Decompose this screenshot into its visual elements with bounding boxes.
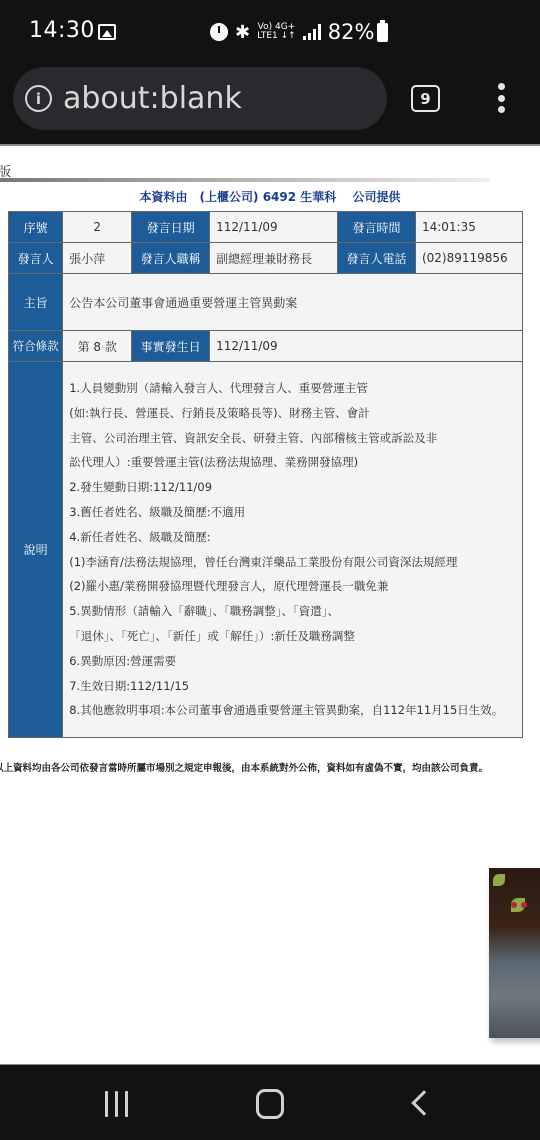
speaker-value: 張小萍 bbox=[63, 243, 132, 274]
speaker-phone-label: 發言人電話 bbox=[338, 243, 416, 274]
tab-switcher-button[interactable]: 9 bbox=[411, 85, 440, 112]
status-time: 14:30 bbox=[29, 18, 95, 43]
description-line: 8.其他應敘明事項:本公司董事會通過重要營運主管異動案，自112年11月15日生… bbox=[69, 698, 516, 723]
description-line: 1.人員變動別（請輸入發言人、代理發言人、重要營運主管 bbox=[69, 376, 516, 401]
announcement-table: 序號 2 發言日期 112/11/09 發言時間 14:01:35 發言人 張小… bbox=[8, 211, 523, 738]
table-row: 序號 2 發言日期 112/11/09 發言時間 14:01:35 bbox=[9, 212, 523, 243]
description-line: 6.異動原因:營運需要 bbox=[69, 649, 516, 674]
subject-label: 主旨 bbox=[9, 274, 63, 331]
description-value: 1.人員變動別（請輸入發言人、代理發言人、重要營運主管 (如:執行長、營運長、行… bbox=[63, 362, 523, 738]
time-value: 14:01:35 bbox=[415, 212, 522, 243]
clause-label: 符合條款 bbox=[9, 331, 63, 362]
battery-percent: 82% bbox=[328, 20, 375, 44]
site-info-icon[interactable]: i bbox=[25, 85, 52, 112]
disclaimer-text: 以上資料均由各公司依發言當時所屬市場別之規定申報後，由本系統對外公佈，資料如有虛… bbox=[0, 760, 540, 774]
browser-toolbar: i about:blank 9 bbox=[0, 66, 540, 144]
description-line: 7.生效日期:112/11/15 bbox=[69, 674, 516, 699]
clause-value: 第 8 款 bbox=[63, 331, 132, 362]
description-line: (1)李涵育/法務法規協理，曾任台灣東洋藥品工業股份有限公司資深法規經理 bbox=[69, 550, 516, 575]
seq-label: 序號 bbox=[9, 212, 63, 243]
berry-decoration bbox=[521, 902, 527, 908]
date-label: 發言日期 bbox=[132, 212, 210, 243]
description-label: 說明 bbox=[9, 362, 63, 738]
gallery-notification-icon bbox=[98, 24, 116, 40]
header-divider bbox=[0, 178, 490, 182]
recent-apps-icon[interactable] bbox=[105, 1091, 128, 1117]
leaf-decoration bbox=[493, 874, 505, 886]
description-line: 4.新任者姓名、級職及簡歷: bbox=[69, 525, 516, 550]
network-type-icon: Vo) 4G+ LTE1 ↓↑ bbox=[257, 23, 296, 41]
status-indicators: ✱ Vo) 4G+ LTE1 ↓↑ 82% bbox=[210, 18, 388, 46]
description-line: (2)羅小惠/業務開發協理暨代理發言人，原代理營運長一職免兼 bbox=[69, 574, 516, 599]
status-bar: 14:30 ✱ Vo) 4G+ LTE1 ↓↑ 82% bbox=[0, 0, 540, 66]
description-line: 3.舊任者姓名、級職及簡歷:不適用 bbox=[69, 500, 516, 525]
floating-image-thumbnail[interactable] bbox=[489, 868, 540, 1038]
speaker-title-value: 副總經理兼財務長 bbox=[210, 243, 338, 274]
speaker-phone-value: (02)89119856 bbox=[415, 243, 522, 274]
description-line: (如:執行長、營運長、行銷長及策略長等)、財務主管、會計 bbox=[69, 401, 516, 426]
table-row: 發言人 張小萍 發言人職稱 副總經理兼財務長 發言人電話 (02)8911985… bbox=[9, 243, 523, 274]
bluetooth-icon: ✱ bbox=[235, 22, 250, 43]
signal-strength-icon bbox=[303, 24, 321, 40]
description-lines: 1.人員變動別（請輸入發言人、代理發言人、重要營運主管 (如:執行長、營運長、行… bbox=[69, 362, 516, 737]
subject-value: 公告本公司董事會通過重要營運主管異動案 bbox=[63, 274, 523, 331]
event-date-label: 事實發生日 bbox=[132, 331, 210, 362]
date-value: 112/11/09 bbox=[210, 212, 338, 243]
seq-value: 2 bbox=[63, 212, 132, 243]
description-line: 主管、公司治理主管、資訊安全長、研發主管、內部稽核主管或訴訟及非 bbox=[69, 426, 516, 451]
web-page: 版 本資料由 (上櫃公司) 6492 生華科 公司提供 序號 2 發言日期 11… bbox=[0, 144, 540, 1064]
berry-decoration bbox=[511, 902, 517, 908]
address-bar[interactable]: i about:blank bbox=[13, 67, 387, 130]
back-icon[interactable] bbox=[411, 1090, 436, 1115]
source-company-line: 本資料由 (上櫃公司) 6492 生華科 公司提供 bbox=[0, 188, 540, 205]
table-row: 主旨 公告本公司董事會通過重要營運主管異動案 bbox=[9, 274, 523, 331]
url-text[interactable]: about:blank bbox=[63, 81, 242, 116]
network-bottom-label: LTE1 ↓↑ bbox=[257, 31, 296, 41]
table-row: 說明 1.人員變動別（請輸入發言人、代理發言人、重要營運主管 (如:執行長、營運… bbox=[9, 362, 523, 738]
table-row: 符合條款 第 8 款 事實發生日 112/11/09 bbox=[9, 331, 523, 362]
time-label: 發言時間 bbox=[338, 212, 416, 243]
more-options-icon[interactable] bbox=[496, 83, 506, 113]
description-line: 「退休」、「死亡」、「新任」或「解任」）:新任及職務調整 bbox=[69, 624, 516, 649]
description-line: 訟代理人）:重要營運主管(法務法規協理、業務開發協理) bbox=[69, 450, 516, 475]
description-line: 2.發生變動日期:112/11/09 bbox=[69, 475, 516, 500]
description-line: 5.異動情形（請輸入「辭職」、「職務調整」、「資遣」、 bbox=[69, 599, 516, 624]
speaker-label: 發言人 bbox=[9, 243, 63, 274]
battery-icon bbox=[377, 23, 388, 42]
alarm-icon bbox=[210, 23, 228, 41]
speaker-title-label: 發言人職稱 bbox=[132, 243, 210, 274]
event-date-value: 112/11/09 bbox=[210, 331, 523, 362]
system-navigation-bar bbox=[0, 1064, 540, 1140]
home-icon[interactable] bbox=[256, 1089, 284, 1119]
